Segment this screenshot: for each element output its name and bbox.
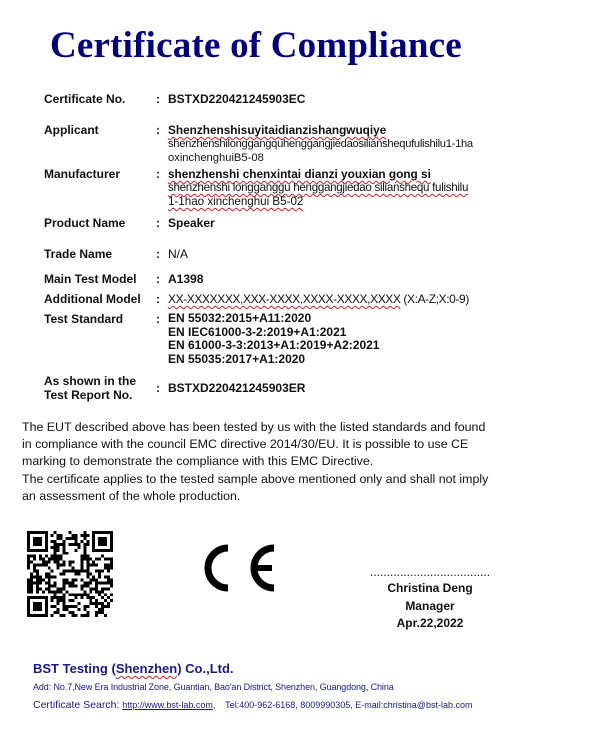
applicant-name: Shenzhenshisuyitaidianzishangwuqiye: [168, 123, 498, 137]
company-address: Add: No.7,New Era Industrial Zone, Guant…: [33, 682, 394, 692]
manufacturer-address-2: 1-1hao xinchenghui B5-02: [168, 195, 498, 209]
separator: :: [156, 123, 160, 137]
compliance-statement: The EUT described above has been tested …: [22, 419, 542, 505]
separator: :: [156, 381, 160, 395]
separator: :: [156, 292, 160, 306]
label: Manufacturer: [44, 167, 154, 181]
company-city: Shenzhen: [116, 661, 177, 676]
label: Additional Model: [44, 292, 154, 306]
website-link[interactable]: http://www.bst-lab.com: [122, 700, 213, 710]
signature-block: ...................................... C…: [370, 568, 490, 633]
manufacturer-name: shenzhenshi chenxintai dianzi youxian go…: [168, 167, 498, 181]
test-standard-item: EN 61000-3-3:2013+A1:2019+A2:2021: [168, 339, 498, 353]
manufacturer-address-1: shenzhenshi longganggu henggangjiedao si…: [168, 181, 498, 195]
search-label: Certificate Search:: [33, 699, 119, 711]
additional-model-list: XX-XXXXXXX,XXX-XXXX,XXXX-XXXX,XXXX: [168, 292, 401, 306]
separator: :: [156, 216, 160, 230]
signatory-position: Manager: [370, 598, 490, 616]
label: Product Name: [44, 216, 154, 230]
statement-line: in compliance with the council EMC direc…: [22, 436, 542, 453]
separator: :: [156, 92, 160, 106]
label: Trade Name: [44, 247, 154, 261]
company-prefix: BST Testing (: [33, 661, 116, 676]
statement-line: The certificate applies to the tested sa…: [22, 471, 542, 488]
label: Applicant: [44, 123, 154, 137]
applicant-address-1: shenzhenshilonggangquhenggangjiedaosilia…: [168, 137, 498, 151]
statement-line: marking to demonstrate the compliance wi…: [22, 453, 542, 470]
qr-code-icon[interactable]: [27, 531, 113, 617]
company-name: BST Testing (Shenzhen) Co.,Ltd.: [33, 661, 234, 676]
statement-line: The EUT described above has been tested …: [22, 419, 542, 436]
label-line-2: Test Report No.: [44, 388, 154, 402]
main-test-model: A1398: [168, 272, 498, 286]
separator: :: [156, 167, 160, 181]
ce-mark-icon: [190, 543, 278, 593]
separator: :: [156, 272, 160, 286]
test-standard-item: EN IEC61000-3-2:2019+A1:2021: [168, 326, 498, 340]
certificate-search: Certificate Search: http://www.bst-lab.c…: [33, 699, 472, 711]
signature-line: ......................................: [370, 568, 490, 580]
label: Test Standard: [44, 312, 154, 326]
separator: :: [156, 247, 160, 261]
label: As shown in the Test Report No.: [44, 374, 154, 402]
company-suffix: ) Co.,Ltd.: [177, 661, 233, 676]
test-standard-item: EN 55035:2017+A1:2020: [168, 353, 498, 367]
product-name: Speaker: [168, 216, 498, 230]
label: Main Test Model: [44, 272, 154, 286]
label-line-1: As shown in the: [44, 374, 154, 388]
separator: :: [156, 312, 160, 326]
additional-model-note: (X:A-Z;X:0-9): [401, 292, 469, 306]
statement-line: an assessment of the whole production.: [22, 488, 542, 505]
signature-date: Apr.22,2022: [370, 615, 490, 633]
label: Certificate No.: [44, 92, 154, 106]
certificate-number: BSTXD220421245903EC: [168, 92, 498, 106]
test-standard-item: EN 55032:2015+A11:2020: [168, 312, 498, 326]
certificate-title: Certificate of Compliance: [50, 24, 462, 67]
contact-info: , Tel:400-962-6168, 8009990305, E-mail:c…: [213, 700, 473, 710]
applicant-address-2: oxinchenghuiB5-08: [168, 151, 498, 165]
signatory-name: Christina Deng: [370, 580, 490, 598]
trade-name: N/A: [168, 247, 498, 261]
test-report-number: BSTXD220421245903ER: [168, 381, 498, 395]
